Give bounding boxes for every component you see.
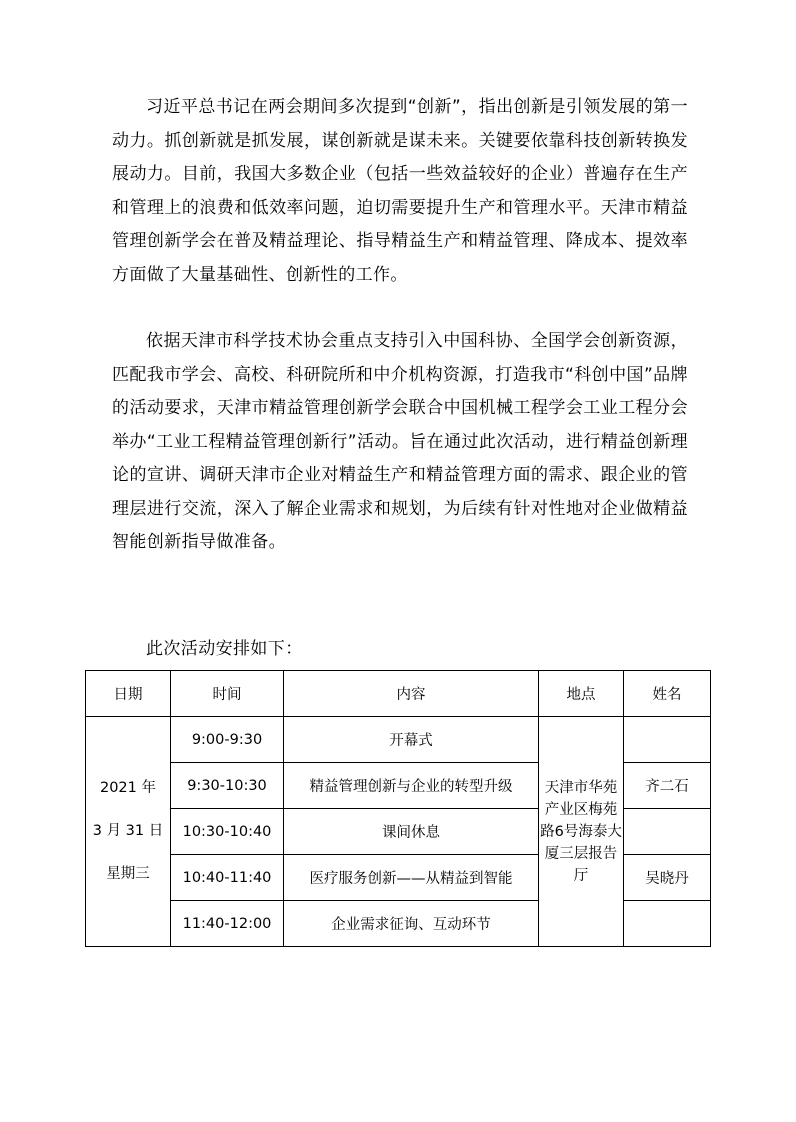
date-year: 2021 年	[86, 767, 170, 810]
time-cell: 10:30-10:40	[171, 809, 284, 855]
table-row: 2021 年 3 月 31 日 星期三 9:00-9:30 开幕式 天津市华苑产…	[86, 717, 711, 763]
content-cell: 医疗服务创新——从精益到智能	[284, 855, 539, 901]
header-date: 日期	[86, 671, 171, 717]
name-cell: 吴晓丹	[624, 855, 711, 901]
time-cell: 9:00-9:30	[171, 717, 284, 763]
header-location: 地点	[539, 671, 624, 717]
paragraph-intro: 习近平总书记在两会期间多次提到“创新”，指出创新是引领发展的第一动力。抓创新就是…	[112, 91, 688, 292]
paragraph-activity-background: 依据天津市科学技术协会重点支持引入中国科协、全国学会创新资源，匹配我市学会、高校…	[112, 325, 688, 560]
schedule-table: 日期 时间 内容 地点 姓名 2021 年 3 月 31 日 星期三 9:00-…	[85, 670, 711, 947]
header-time: 时间	[171, 671, 284, 717]
location-cell: 天津市华苑产业区梅苑路6号海泰大厦三层报告厅	[539, 717, 624, 947]
content-cell: 精益管理创新与企业的转型升级	[284, 763, 539, 809]
name-cell	[624, 717, 711, 763]
header-content: 内容	[284, 671, 539, 717]
name-cell: 齐二石	[624, 763, 711, 809]
name-cell	[624, 901, 711, 947]
name-cell	[624, 809, 711, 855]
content-cell: 课间休息	[284, 809, 539, 855]
time-cell: 11:40-12:00	[171, 901, 284, 947]
time-cell: 9:30-10:30	[171, 763, 284, 809]
time-cell: 10:40-11:40	[171, 855, 284, 901]
date-cell: 2021 年 3 月 31 日 星期三	[86, 717, 171, 947]
content-cell: 开幕式	[284, 717, 539, 763]
paragraph-schedule-lead: 此次活动安排如下：	[112, 633, 688, 667]
date-weekday: 星期三	[86, 853, 170, 896]
content-cell: 企业需求征询、互动环节	[284, 901, 539, 947]
header-name: 姓名	[624, 671, 711, 717]
table-header-row: 日期 时间 内容 地点 姓名	[86, 671, 711, 717]
date-day: 3 月 31 日	[86, 810, 170, 853]
